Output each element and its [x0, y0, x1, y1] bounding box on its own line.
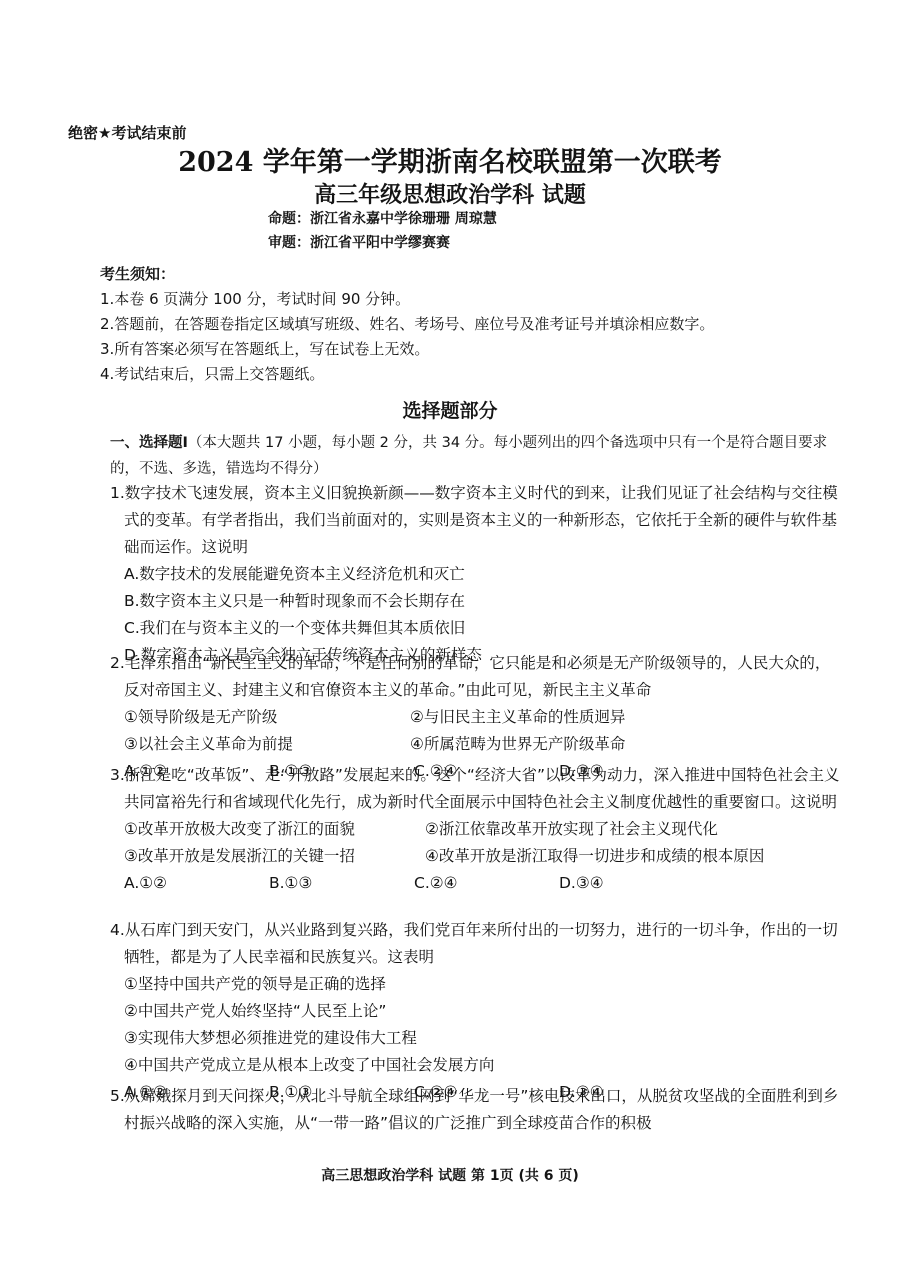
reviewer-line: 审题：浙江省平阳中学缪赛赛 [268, 232, 450, 252]
statement-2: ②中国共产党人始终坚持“人民至上论” [110, 998, 840, 1025]
statement-3: ③以社会主义革命为前提 [124, 731, 293, 758]
part-lead: 一、选择题Ⅰ [110, 435, 188, 451]
answer-b: B.①③ [269, 870, 414, 897]
exam-title: 2024 学年第一学期浙南名校联盟第一次联考 [0, 140, 900, 179]
answer-choices: A.①② B.①③ C.②④ D.③④ [110, 870, 840, 897]
answer-c: C.②④ [414, 870, 559, 897]
notice-item: 3.所有答案必须写在答题纸上，写在试卷上无效。 [100, 338, 429, 359]
statement-3: ③实现伟大梦想必须推进党的建设伟大工程 [110, 1025, 840, 1052]
statement-1: ①坚持中国共产党的领导是正确的选择 [110, 971, 840, 998]
option-c: C.我们在与资本主义的一个变体共舞但其本质依旧 [110, 615, 840, 642]
notice-item: 1.本卷 6 页满分 100 分，考试时间 90 分钟。 [100, 288, 410, 309]
answer-d: D.③④ [559, 870, 704, 897]
author-line: 命题：浙江省永嘉中学徐珊珊 周琼慧 [268, 208, 497, 228]
question-stem: 5.从嫦娥探月到天问探火，从北斗导航全球组网到“华龙一号”核电技术出口，从脱贫攻… [110, 1083, 840, 1137]
question-stem: 3.浙江是吃“改革饭”、走“开放路”发展起来的。这个“经济大省”以改革为动力，深… [110, 762, 840, 816]
answer-a: A.①② [124, 870, 269, 897]
option-b: B.数字资本主义只是一种暂时现象而不会长期存在 [110, 588, 840, 615]
question-stem: 2.毛泽东指出“新民主主义的革命，不是任何别的革命，它只能是和必须是无产阶级领导… [110, 650, 840, 704]
question-stem: 4.从石库门到天安门，从兴业路到复兴路，我们党百年来所付出的一切努力，进行的一切… [110, 917, 840, 971]
statement-1: ①改革开放极大改变了浙江的面貌 [124, 816, 355, 843]
exam-subtitle: 高三年级思想政治学科 试题 [0, 178, 900, 209]
question-1: 1.数字技术飞速发展，资本主义旧貌换新颜——数字资本主义时代的到来，让我们见证了… [110, 480, 840, 669]
question-3: 3.浙江是吃“改革饭”、走“开放路”发展起来的。这个“经济大省”以改革为动力，深… [110, 762, 840, 897]
statement-4: ④中国共产党成立是从根本上改变了中国社会发展方向 [110, 1052, 840, 1079]
question-4: 4.从石库门到天安门，从兴业路到复兴路，我们党百年来所付出的一切努力，进行的一切… [110, 917, 840, 1106]
statement-1: ①领导阶级是无产阶级 [124, 704, 277, 731]
statement-row: ③改革开放是发展浙江的关键一招 ④改革开放是浙江取得一切进步和成绩的根本原因 [110, 843, 840, 870]
notice-heading: 考生须知： [100, 263, 175, 284]
statement-4: ④改革开放是浙江取得一切进步和成绩的根本原因 [425, 843, 764, 870]
statement-row: ③以社会主义革命为前提 ④所属范畴为世界无产阶级革命 [110, 731, 840, 758]
statement-2: ②与旧民主主义革命的性质迥异 [410, 704, 625, 731]
part-description: （本大题共 17 小题，每小题 2 分，共 34 分。每小题列出的四个备选项中只… [110, 435, 827, 477]
page-footer: 高三思想政治学科 试题 第 1页 (共 6 页) [0, 1165, 900, 1185]
notice-item: 4.考试结束后，只需上交答题纸。 [100, 363, 324, 384]
option-a: A.数字技术的发展能避免资本主义经济危机和灭亡 [110, 561, 840, 588]
question-stem: 1.数字技术飞速发展，资本主义旧貌换新颜——数字资本主义时代的到来，让我们见证了… [110, 480, 840, 561]
section-title: 选择题部分 [0, 396, 900, 423]
notice-item: 2.答题前，在答题卷指定区域填写班级、姓名、考场号、座位号及准考证号并填涂相应数… [100, 313, 714, 334]
statement-row: ①改革开放极大改变了浙江的面貌 ②浙江依靠改革开放实现了社会主义现代化 [110, 816, 840, 843]
statement-3: ③改革开放是发展浙江的关键一招 [124, 843, 355, 870]
statement-row: ①领导阶级是无产阶级 ②与旧民主主义革命的性质迥异 [110, 704, 840, 731]
question-5: 5.从嫦娥探月到天问探火，从北斗导航全球组网到“华龙一号”核电技术出口，从脱贫攻… [110, 1083, 840, 1137]
part-heading: 一、选择题Ⅰ（本大题共 17 小题，每小题 2 分，共 34 分。每小题列出的四… [110, 430, 830, 482]
statement-4: ④所属范畴为世界无产阶级革命 [410, 731, 625, 758]
statement-2: ②浙江依靠改革开放实现了社会主义现代化 [425, 816, 718, 843]
